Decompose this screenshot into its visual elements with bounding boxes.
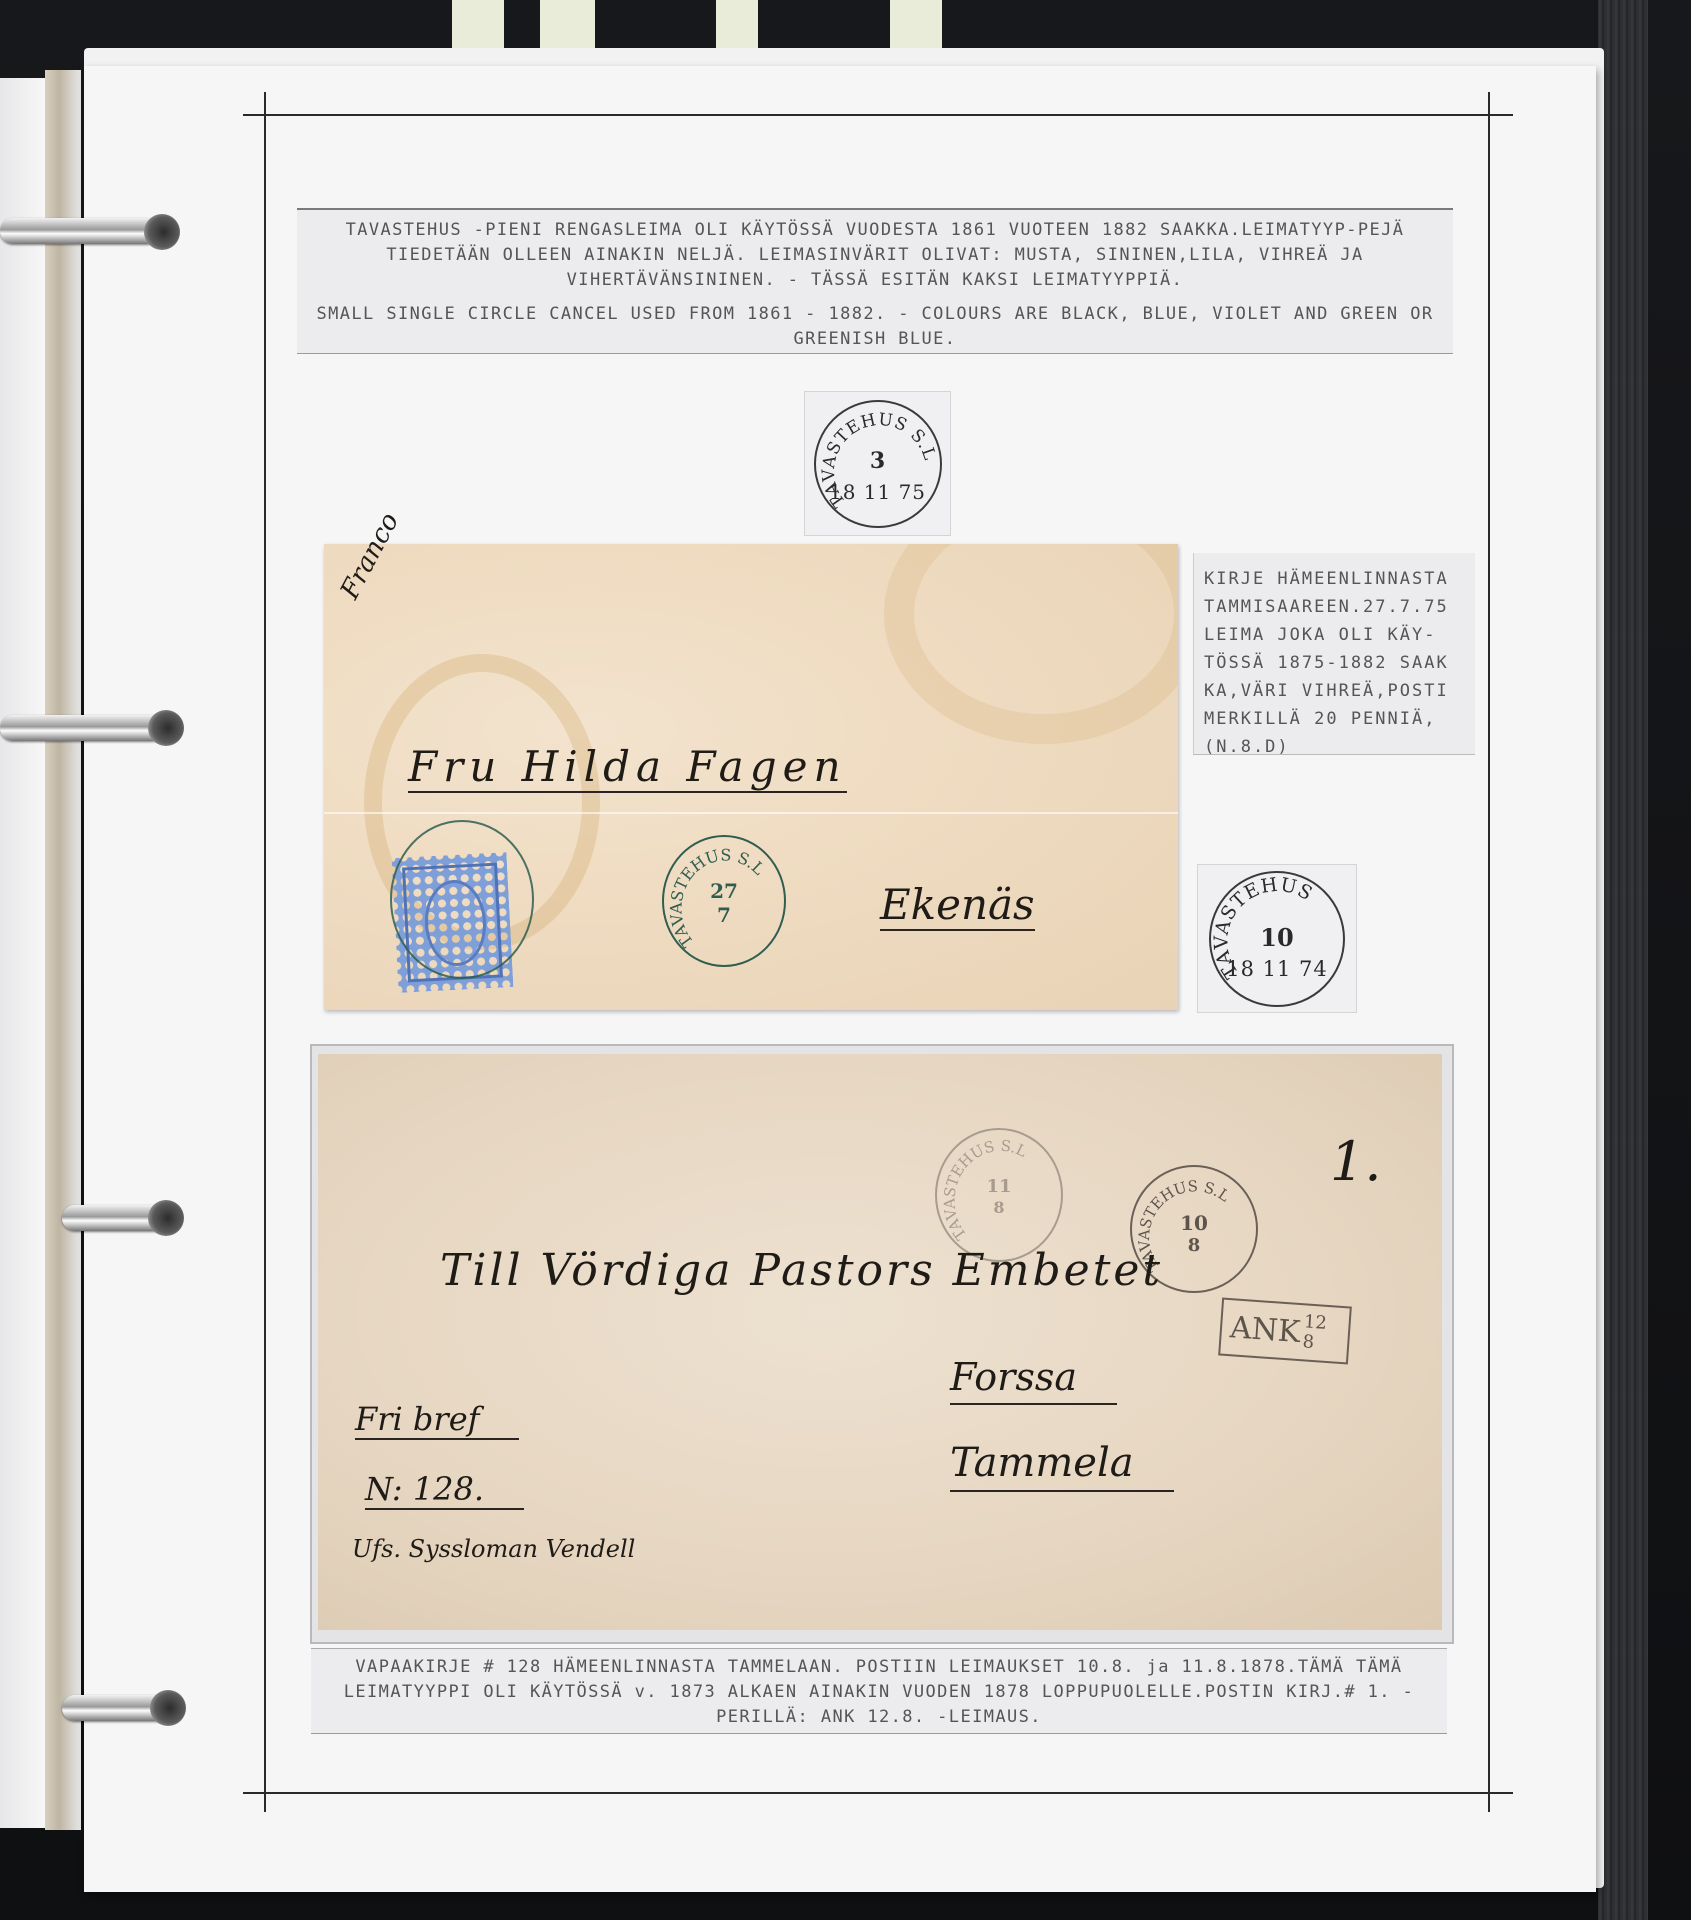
cancel-day: 27 — [664, 879, 784, 903]
frame-line-top — [243, 114, 1513, 116]
cancel-day: 11 — [937, 1176, 1061, 1197]
cancel-example-2: TAVASTEHUS 10 18 11 74 — [1209, 871, 1345, 1007]
ank-label: ANK — [1229, 1310, 1302, 1350]
ank-month: 8 — [1302, 1332, 1326, 1354]
cancel-example-card: TAVASTEHUS 10 18 11 74 — [1197, 864, 1357, 1013]
cancel-on-stamp — [390, 820, 534, 979]
cover-1-destination: Ekenäs — [880, 880, 1035, 931]
header-text-finnish: TAVASTEHUS -PIENI RENGASLEIMA OLI KÄYTÖS… — [309, 218, 1441, 293]
cover-2-description-text: VAPAAKIRJE # 128 HÄMEENLINNASTA TAMMELAA… — [325, 1655, 1433, 1730]
cancel-date: 18 11 74 — [1211, 957, 1343, 981]
cancel-example-1: TAVASTEHUS S.L 3 18 11 75 — [814, 400, 942, 528]
header-text-english: SMALL SINGLE CIRCLE CANCEL USED FROM 186… — [309, 302, 1441, 352]
arrival-mark-ank: ANK 12 8 — [1218, 1298, 1352, 1365]
water-stain — [884, 544, 1178, 744]
binder-ring-mechanism — [45, 70, 81, 1830]
frame-line-left — [264, 92, 266, 1812]
cancel-date: 18 11 75 — [816, 480, 940, 504]
fold-line — [324, 812, 1178, 814]
cover-2-sender: Ufs. Syssloman Vendell — [352, 1535, 635, 1563]
cover-2-description: VAPAAKIRJE # 128 HÄMEENLINNASTA TAMMELAA… — [311, 1648, 1447, 1734]
cancel-example-card: TAVASTEHUS S.L 3 18 11 75 — [804, 391, 951, 536]
cover-2-addressee: Till Vördiga Pastors Embetet — [440, 1245, 1163, 1296]
punch-hole — [148, 710, 184, 746]
header-description: TAVASTEHUS -PIENI RENGASLEIMA OLI KÄYTÖS… — [297, 208, 1453, 354]
cancel-day: 10 — [1211, 923, 1343, 952]
cancel-month: 8 — [937, 1198, 1061, 1217]
cover-1-addressee: Fru Hilda Fagen — [408, 742, 847, 793]
punch-hole — [150, 1690, 186, 1726]
cover-2-number: N: 128. — [365, 1470, 524, 1510]
cover-2-free-letter: Fri bref — [355, 1400, 519, 1440]
cover-2-cancel-faint: TAVASTEHUS S.L 11 8 — [935, 1128, 1063, 1262]
facing-page — [0, 78, 45, 1828]
registration-number: 1. — [1330, 1130, 1382, 1193]
punch-hole — [144, 214, 180, 250]
cancel-day: 10 — [1132, 1211, 1256, 1235]
binder-spine — [1598, 0, 1648, 1920]
cancel-month: 7 — [664, 903, 784, 927]
cover-2-parish: Tammela — [950, 1440, 1174, 1492]
binder-ring — [0, 218, 160, 244]
cover-2-town: Forssa — [950, 1355, 1117, 1405]
punch-hole — [148, 1200, 184, 1236]
frame-line-right — [1488, 92, 1490, 1812]
frame-line-bottom — [243, 1792, 1513, 1794]
cover-1-cancel: TAVASTEHUS S.L 27 7 — [662, 835, 786, 967]
cancel-day: 3 — [816, 448, 940, 474]
cover-1-description: KIRJE HÄMEENLINNASTA TAMMISAAREEN.27.7.7… — [1193, 553, 1475, 755]
binder-ring — [0, 715, 165, 741]
